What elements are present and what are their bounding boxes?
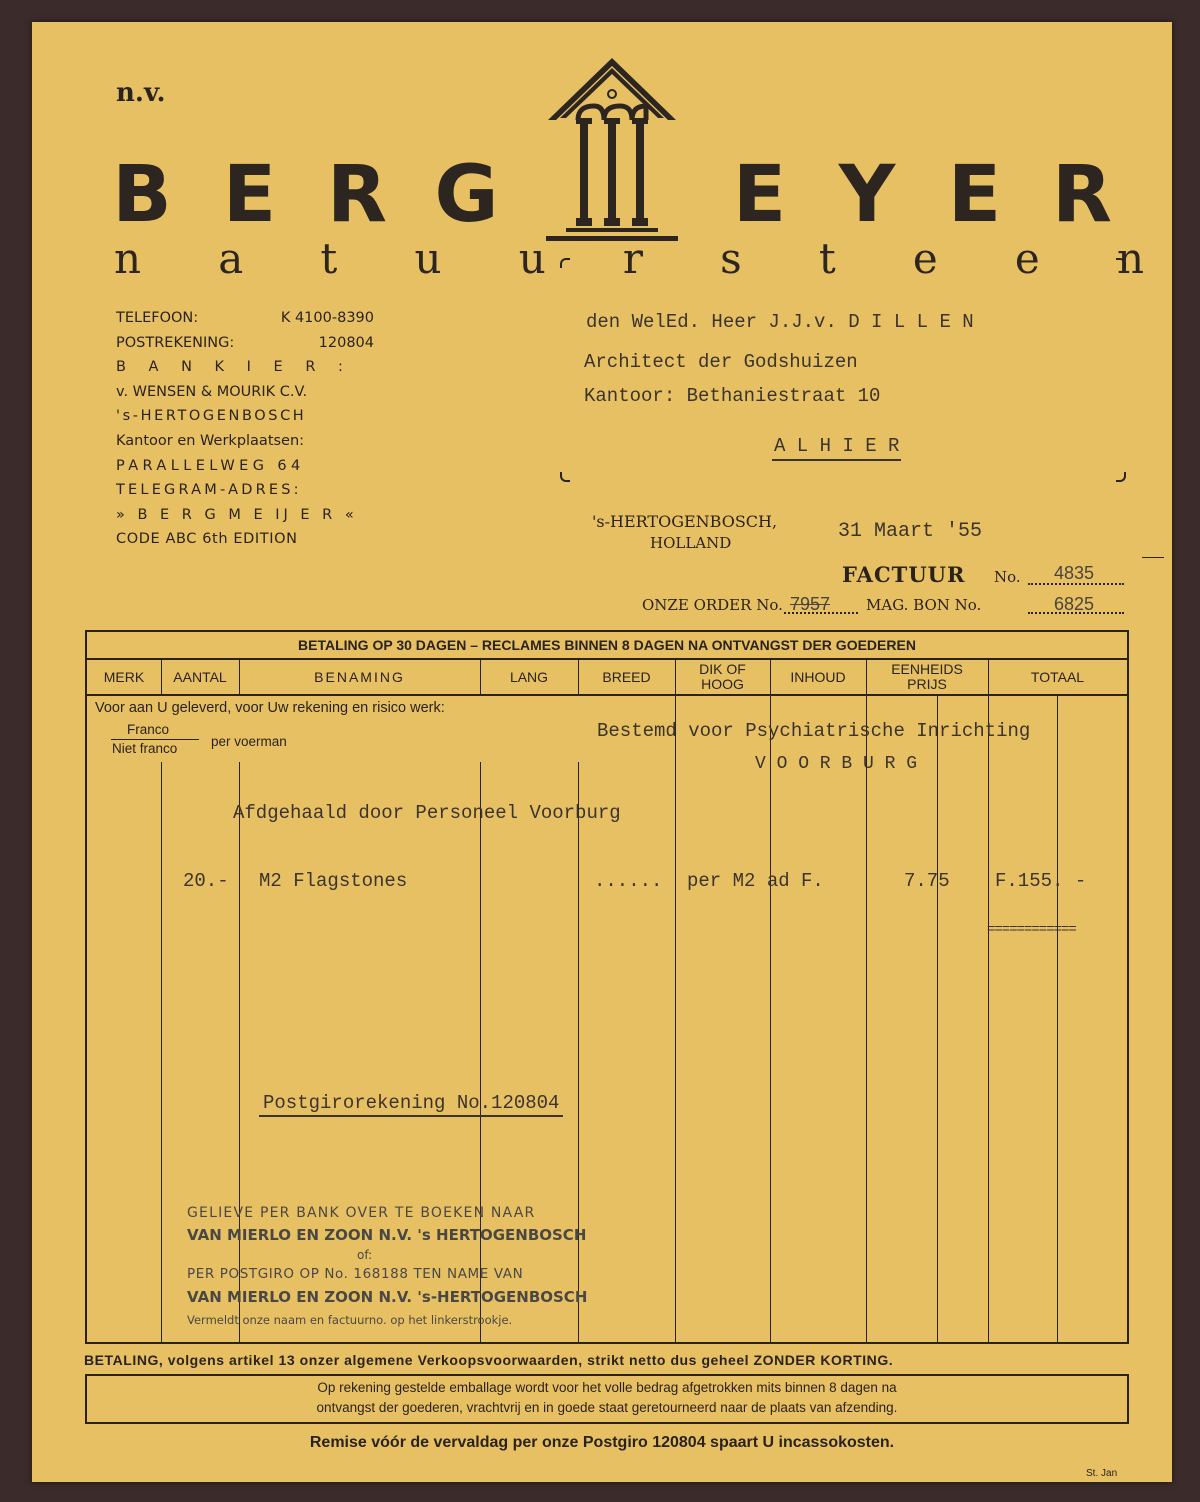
emballage-line1: Op rekening gestelde emballage wordt voo…	[87, 1380, 1127, 1395]
invoice-paper: n.v. B E R G E Y E R n a t u u r s t	[32, 22, 1172, 1482]
brand-letter: R	[327, 150, 387, 240]
bank-name: v. WENSEN & MOURIK C.V.	[116, 380, 374, 405]
telefoon-label: TELEFOON:	[116, 306, 198, 331]
brand-letter: E	[730, 150, 790, 240]
bank-city: 's-HERTOGENBOSCH	[116, 404, 374, 429]
stamp-line5: VAN MIERLO EN ZOON N.V. 's-HERTOGENBOSCH	[187, 1288, 587, 1306]
telegram-value: » B E R G M E IJ E R «	[116, 503, 374, 528]
address-corner-mark	[560, 258, 570, 268]
col-totaal: TOTAAL	[988, 670, 1127, 685]
order-number-field: 7957	[784, 592, 858, 614]
divider	[578, 762, 579, 1342]
divider	[1057, 696, 1058, 1342]
col-aantal: AANTAL	[161, 670, 239, 685]
per-voerman-label: per voerman	[211, 734, 287, 749]
typed-pickup: Afdgehaald door Personeel Voorburg	[233, 802, 621, 824]
typed-postgiro: Postgirorekening No.120804	[259, 1092, 563, 1117]
stamp-line4: PER POSTGIRO OP No. 168188 TEN NAME VAN	[187, 1266, 523, 1282]
code-edition: CODE ABC 6th EDITION	[116, 527, 374, 552]
magbon-number-field: 6825	[1028, 592, 1124, 614]
tagline-letter: u	[519, 234, 546, 283]
addressee-city: A L H I E R	[772, 435, 901, 461]
order-number: 7957	[790, 594, 830, 615]
order-no-label: ONZE ORDER No.	[642, 596, 783, 614]
col-dik-of-hoog: DIK OF HOOG	[675, 662, 770, 692]
divider	[161, 762, 162, 1342]
item-aantal: 20.-	[183, 870, 229, 892]
remise-note: Remise vóór de vervaldag per onze Postgi…	[32, 1434, 1172, 1452]
telefoon-value: K 4100-8390	[281, 306, 374, 331]
kantoor-address: PARALLELWEG 64	[116, 454, 374, 479]
divider	[480, 762, 481, 1342]
col-dik-line2: HOOG	[675, 677, 770, 692]
franco-label: Franco	[127, 722, 169, 737]
bankier-label: B A N K I E R :	[116, 355, 374, 380]
total-double-rule: ============	[987, 922, 1076, 938]
col-lang: LANG	[480, 670, 578, 685]
stamp-line1: GELIEVE PER BANK OVER TE BOEKEN NAAR	[187, 1205, 535, 1221]
table-banner: BETALING OP 30 DAGEN – RECLAMES BINNEN 8…	[87, 638, 1127, 653]
invoice-number-field: 4835	[1028, 563, 1124, 585]
invoice-no-label: No.	[994, 568, 1021, 586]
kantoor-label: Kantoor en Werkplaatsen:	[116, 429, 374, 454]
stamp-line6: Vermeldt onze naam en factuurno. op het …	[187, 1313, 512, 1327]
place-city: 's-HERTOGENBOSCH,	[592, 512, 777, 531]
invoice-date: 31 Maart '55	[838, 520, 982, 543]
item-unit-price: 7.75	[904, 870, 950, 892]
divider	[578, 660, 579, 694]
magbon-label: MAG. BON No.	[866, 596, 981, 614]
telegram-label: TELEGRAM-ADRES:	[116, 478, 374, 503]
tagline-letter: u	[414, 234, 441, 283]
divider	[988, 660, 989, 1342]
addressee-name: den WelEd. Heer J.J.v. D I L L E N	[586, 311, 974, 333]
invoice-title: FACTUUR	[842, 562, 965, 587]
brand-name: B E R G E Y E R	[112, 150, 1112, 240]
magbon-number: 6825	[1054, 594, 1094, 615]
address-corner-mark	[1116, 258, 1126, 268]
item-benaming: M2 Flagstones	[259, 870, 407, 892]
postrekening-label: POSTREKENING:	[116, 331, 234, 356]
place-country: HOLLAND	[650, 534, 731, 552]
brand-tagline: n a t u u r s t e e n	[114, 234, 1144, 283]
tagline-letter: t	[320, 234, 337, 283]
tagline-letter: e	[913, 234, 938, 283]
col-prijs-line1: EENHEIDS	[866, 662, 988, 677]
tagline-letter: s	[720, 234, 742, 283]
invoice-number: 4835	[1054, 563, 1094, 584]
printer-mark: St. Jan	[1086, 1468, 1117, 1479]
col-prijs-line2: PRIJS	[866, 677, 988, 692]
company-form: n.v.	[116, 78, 166, 108]
company-info: TELEFOON:K 4100-8390 POSTREKENING:120804…	[116, 306, 374, 552]
divider	[239, 762, 240, 1342]
divider	[937, 696, 938, 1342]
divider	[87, 658, 1127, 660]
col-eenheidsprijs: EENHEIDS PRIJS	[866, 662, 988, 692]
fraction-bar	[111, 739, 199, 740]
typed-destination: Bestemd voor Psychiatrische Inrichting	[597, 720, 1030, 742]
col-benaming: BENAMING	[239, 670, 480, 685]
divider	[161, 660, 162, 694]
delivery-terms: Voor aan U geleverd, voor Uw rekening en…	[95, 700, 445, 716]
invoice-table: BETALING OP 30 DAGEN – RECLAMES BINNEN 8…	[85, 630, 1129, 1344]
divider	[675, 660, 676, 1342]
tagline-letter: n	[114, 234, 141, 283]
stamp-line2: VAN MIERLO EN ZOON N.V. 's HERTOGENBOSCH	[187, 1226, 586, 1244]
brand-letter: G	[435, 150, 495, 240]
typed-destination-city: V O O R B U R G	[755, 754, 917, 774]
addressee-title: Architect der Godshuizen	[584, 351, 858, 373]
address-corner-mark	[1116, 472, 1126, 482]
tagline-letter: a	[218, 234, 243, 283]
tagline-letter: r	[623, 234, 643, 283]
item-total: F.155. -	[995, 870, 1086, 892]
brand-letter: B	[112, 150, 172, 240]
col-dik-line1: DIK OF	[675, 662, 770, 677]
brand-letter: E	[945, 150, 1005, 240]
divider	[239, 660, 240, 694]
item-dots: ......	[594, 870, 662, 892]
fold-mark	[1142, 557, 1164, 558]
divider	[87, 694, 1127, 696]
emballage-box: Op rekening gestelde emballage wordt voo…	[85, 1374, 1129, 1424]
brand-letter: E	[220, 150, 280, 240]
payment-terms: BETALING, volgens artikel 13 onzer algem…	[84, 1352, 1124, 1368]
niet-franco-label: Niet franco	[112, 741, 177, 756]
tagline-letter: t	[819, 234, 836, 283]
postrekening-value: 120804	[319, 331, 374, 356]
emballage-line2: ontvangst der goederen, vrachtvrij en in…	[87, 1400, 1127, 1415]
addressee-office: Kantoor: Bethaniestraat 10	[584, 385, 880, 407]
tagline-letter: e	[1015, 234, 1040, 283]
divider	[480, 660, 481, 694]
col-breed: BREED	[578, 670, 675, 685]
item-unit: per M2 ad F.	[687, 870, 824, 892]
col-inhoud: INHOUD	[770, 670, 866, 685]
stamp-line3: of:	[357, 1248, 372, 1262]
address-corner-mark	[560, 472, 570, 482]
col-merk: MERK	[87, 670, 161, 685]
brand-letter: R	[1052, 150, 1112, 240]
brand-letter: Y	[837, 150, 897, 240]
